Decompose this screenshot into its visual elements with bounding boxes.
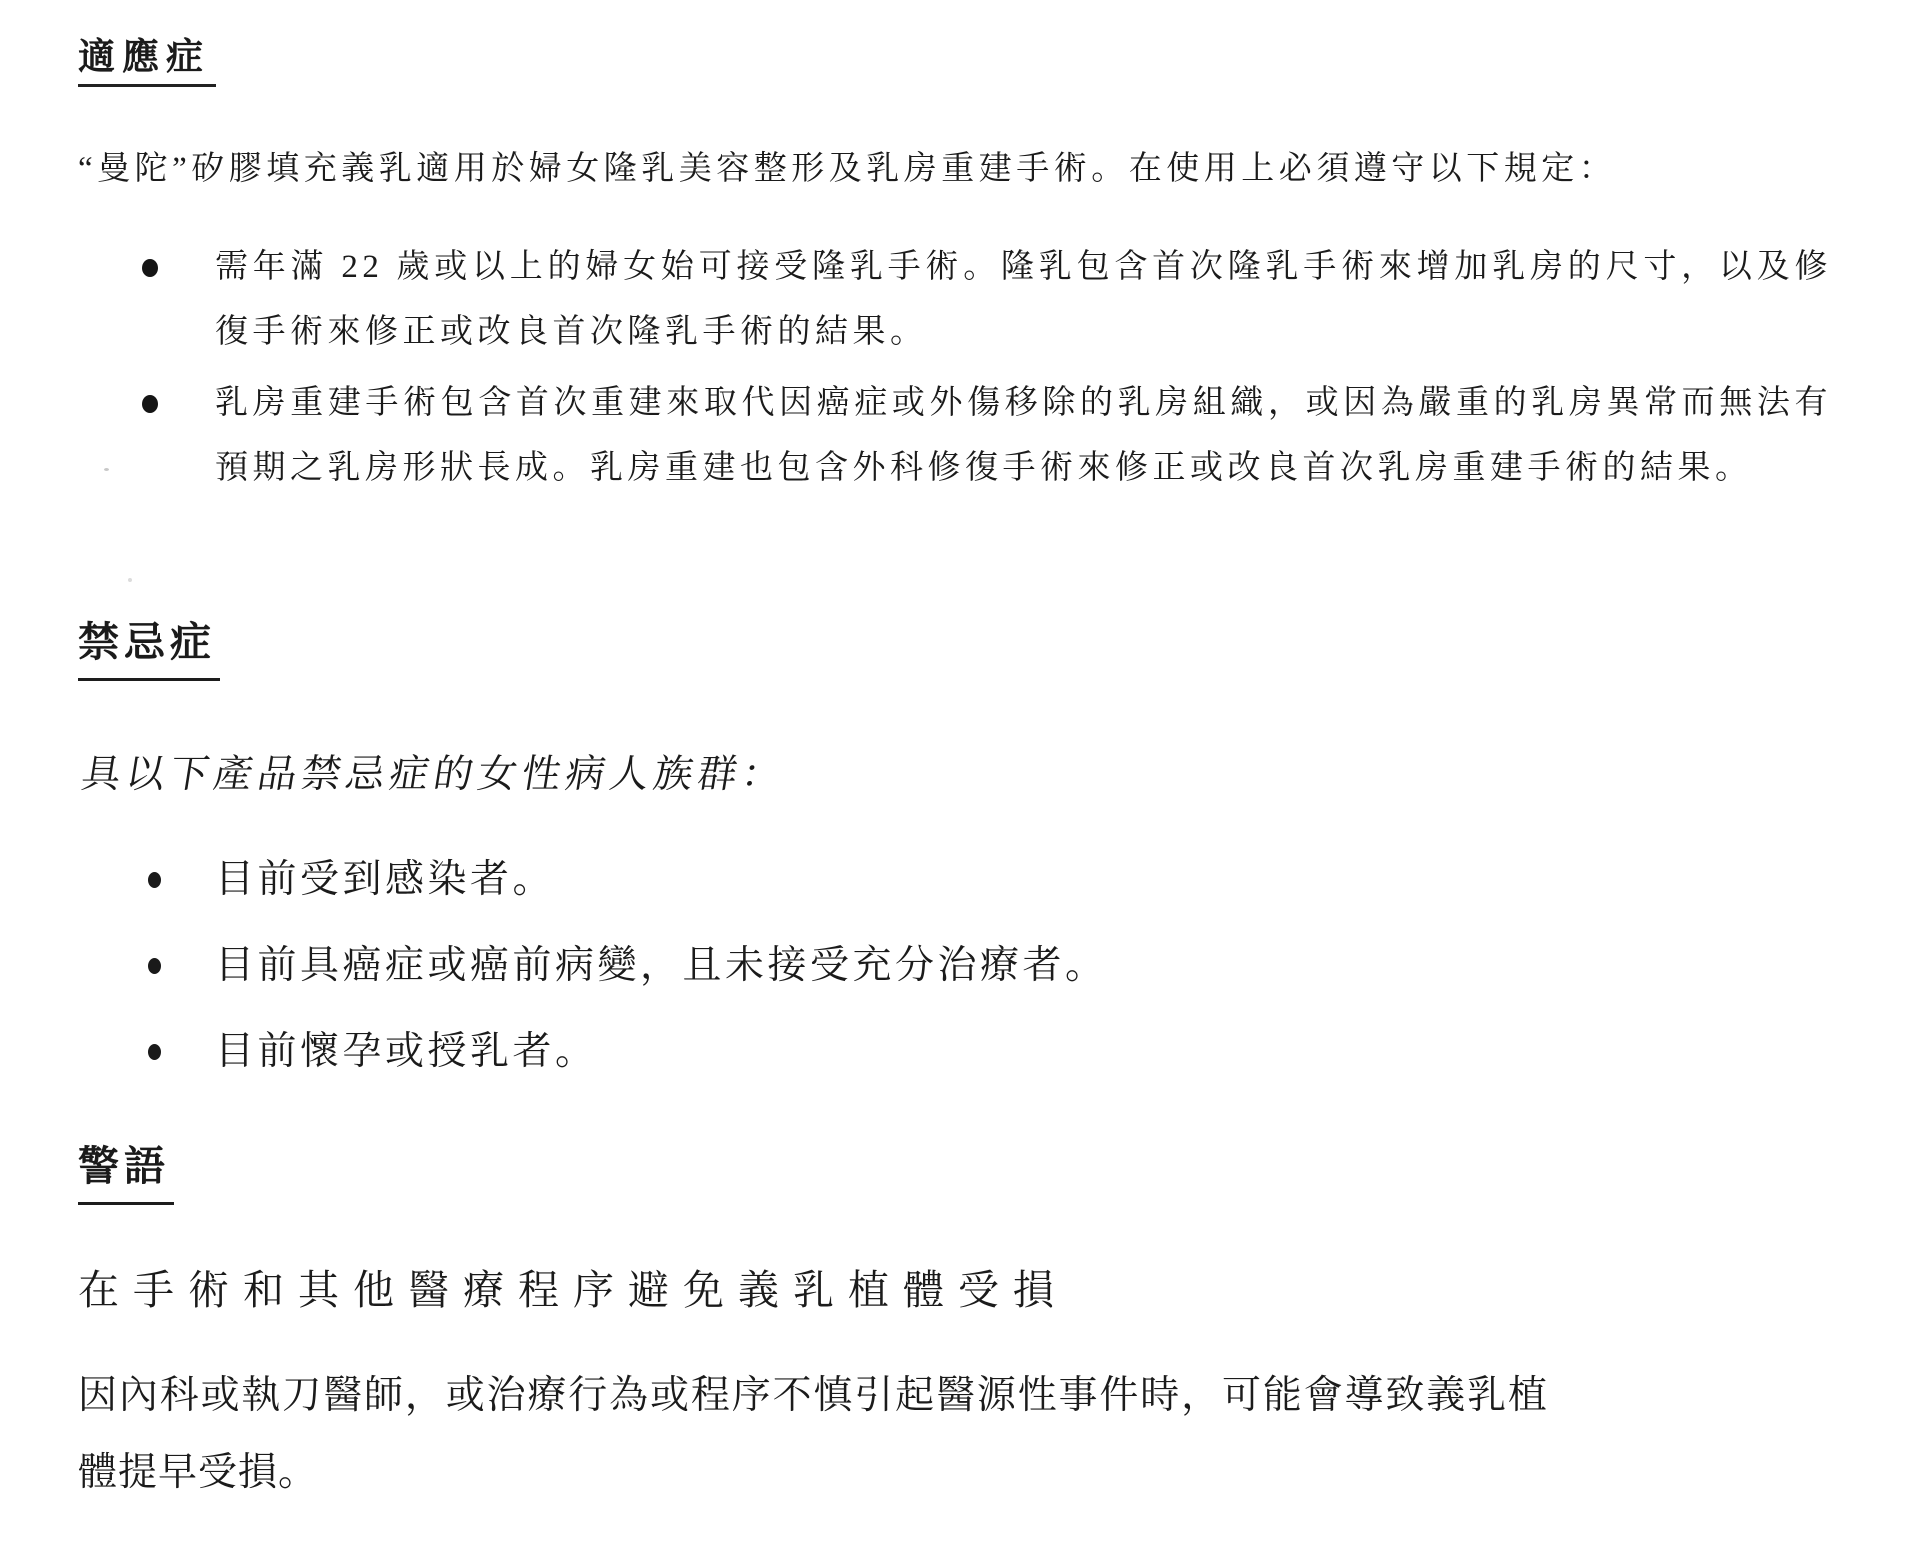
contraindications-bullet-list: 目前受到感染者。 目前具癌症或癌前病變，且未接受充分治療者。 目前懷孕或授乳者。 [78, 857, 1832, 1075]
bullet-icon [148, 872, 161, 888]
scan-artifact [128, 578, 132, 582]
list-item: 目前懷孕或授乳者。 [78, 1029, 1832, 1075]
list-item: 目前具癌症或癌前病變，且未接受充分治療者。 [78, 943, 1832, 989]
bullet-icon [148, 1044, 161, 1060]
bullet-text: 目前懷孕或授乳者。 [215, 1030, 598, 1073]
contraindications-intro: 具以下產品禁忌症的女性病人族群： [78, 743, 791, 799]
list-item: 目前受到感染者。 [78, 857, 1832, 903]
bullet-text: 目前具癌症或癌前病變，且未接受充分治療者。 [215, 944, 1108, 987]
list-item: 需年滿 22 歲或以上的婦女始可接受隆乳手術。隆乳包含首次隆乳手術來增加乳房的尺… [78, 235, 1832, 365]
bullet-icon [142, 395, 158, 413]
document-page: 適應症 “曼陀”矽膠填充義乳適用於婦女隆乳美容整形及乳房重建手術。在使用上必須遵… [0, 0, 1920, 1561]
list-item: 乳房重建手術包含首次重建來取代因癌症或外傷移除的乳房組織，或因為嚴重的乳房異常而… [78, 371, 1832, 501]
warnings-subheading: 在手術和其他醫療程序避免義乳植體受損 [78, 1257, 1832, 1316]
bullet-icon [142, 259, 158, 277]
bullet-text: 目前受到感染者。 [215, 858, 555, 901]
section-indications: 適應症 “曼陀”矽膠填充義乳適用於婦女隆乳美容整形及乳房重建手術。在使用上必須遵… [78, 26, 1832, 501]
bullet-text: 乳房重建手術包含首次重建來取代因癌症或外傷移除的乳房組織，或因為嚴重的乳房異常而… [215, 385, 1832, 486]
indications-heading: 適應症 [78, 26, 216, 87]
scan-artifact [104, 468, 109, 471]
warnings-heading: 警語 [78, 1133, 174, 1205]
contraindications-heading: 禁忌症 [78, 609, 220, 681]
section-contraindications: 禁忌症 具以下產品禁忌症的女性病人族群： 目前受到感染者。 目前具癌症或癌前病變… [78, 609, 1832, 1075]
indications-intro: “曼陀”矽膠填充義乳適用於婦女隆乳美容整形及乳房重建手術。在使用上必須遵守以下規… [78, 137, 1832, 202]
bullet-text: 需年滿 22 歲或以上的婦女始可接受隆乳手術。隆乳包含首次隆乳手術來增加乳房的尺… [215, 249, 1832, 350]
section-warnings: 警語 在手術和其他醫療程序避免義乳植體受損 因內科或執刀醫師，或治療行為或程序不… [78, 1133, 1832, 1511]
indications-bullet-list: 需年滿 22 歲或以上的婦女始可接受隆乳手術。隆乳包含首次隆乳手術來增加乳房的尺… [78, 235, 1832, 501]
bullet-icon [148, 958, 161, 974]
warnings-body: 因內科或執刀醫師，或治療行為或程序不慎引起醫源性事件時，可能會導致義乳植體提早受… [78, 1357, 1548, 1511]
